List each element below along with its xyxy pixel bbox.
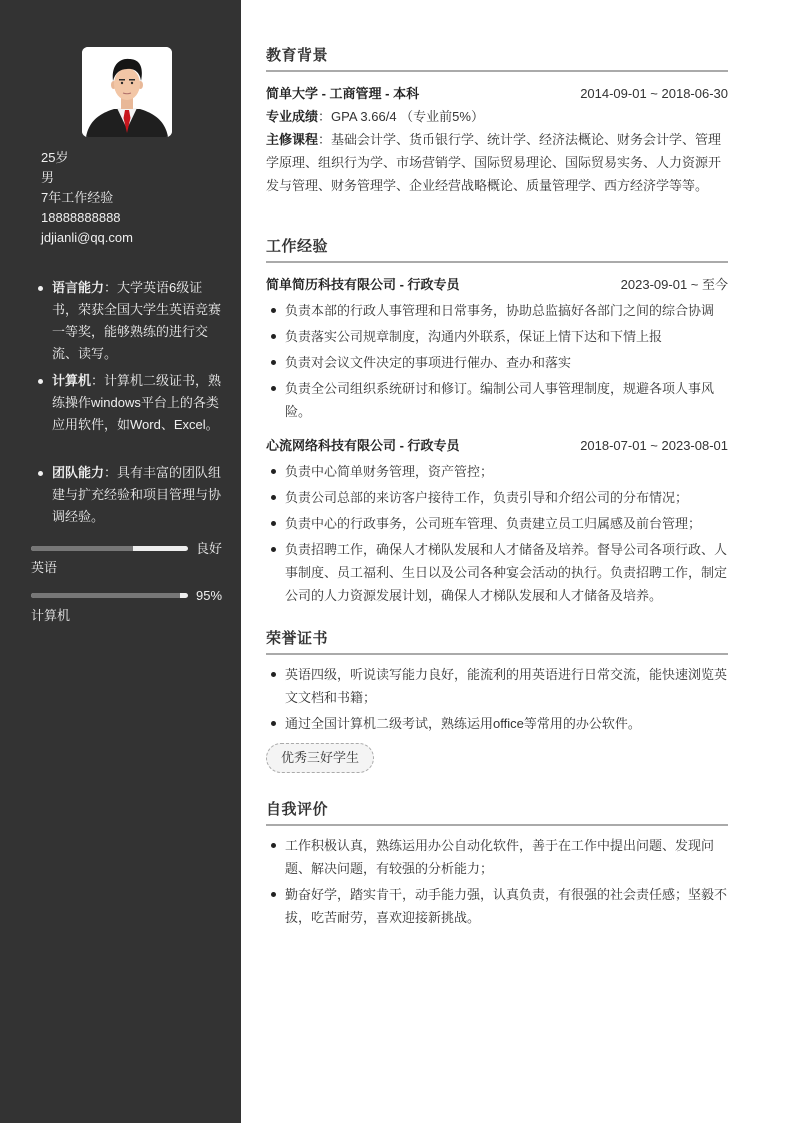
education-row: 简单大学 - 工商管理 - 本科 2014-09-01 ~ 2018-06-30	[266, 82, 728, 105]
skill-bar-computer	[31, 593, 188, 598]
skill-bar-value: 95%	[196, 586, 222, 606]
list-item-text: 负责落实公司规章制度，沟通内外联系，保证上情下达和下情上报	[285, 329, 662, 344]
list-item-text: 工作积极认真，熟练运用办公自动化软件，善于在工作中提出问题、发现问题、解决问题，…	[285, 838, 714, 876]
honor-list: 英语四级，听说读写能力良好，能流利的用英语进行日常交流，能快速浏览英文文档和书籍…	[266, 663, 728, 735]
section-self-evaluation: 自我评价 工作积极认真，熟练运用办公自动化软件，善于在工作中提出问题、发现问题、…	[266, 799, 728, 929]
personal-info: 25岁 男 7年工作经验 18888888888 jdjianli@qq.com	[41, 148, 133, 248]
list-item: 负责全公司组织系统研讨和修订。编制公司人事管理制度，规避各项人事风险。	[285, 377, 728, 423]
section-education: 教育背景 简单大学 - 工商管理 - 本科 2014-09-01 ~ 2018-…	[266, 45, 728, 197]
list-item: 勤奋好学，踏实肯干，动手能力强，认真负责，有很强的社会责任感；坚毅不拔，吃苦耐劳…	[285, 883, 728, 929]
sidebar: 25岁 男 7年工作经验 18888888888 jdjianli@qq.com…	[0, 0, 241, 1123]
date-range: 2014-09-01 ~ 2018-06-30	[580, 82, 728, 105]
bullet-icon	[271, 495, 276, 500]
section-work: 工作经验 简单简历科技有限公司 - 行政专员 2023-09-01 ~ 至今 负…	[266, 236, 728, 607]
bullet-icon	[271, 521, 276, 526]
phone: 18888888888	[41, 208, 133, 228]
list-item: 负责中心简单财务管理，资产管控；	[285, 460, 728, 483]
email: jdjianli@qq.com	[41, 228, 133, 248]
skill-bar-fill	[31, 593, 180, 598]
age: 25岁	[41, 148, 133, 168]
bullet-icon	[38, 379, 43, 384]
list-item: 负责对会议文件决定的事项进行催办、查办和落实	[285, 351, 728, 374]
job-header: 心流网络科技有限公司 - 行政专员 2018-07-01 ~ 2023-08-0…	[266, 434, 728, 457]
skill-item: 语言能力：大学英语6级证书，荣获全国大学生英语竞赛一等奖，能够熟练的进行交流、读…	[52, 277, 224, 365]
gpa: 专业成绩：GPA 3.66/4 （专业前5%）	[266, 105, 728, 128]
list-item: 负责中心的行政事务，公司班车管理、负责建立员工归属感及前台管理；	[285, 512, 728, 535]
skill-bar-value: 良好	[196, 539, 222, 559]
list-item-text: 英语四级，听说读写能力良好，能流利的用英语进行日常交流，能快速浏览英文文档和书籍…	[285, 667, 727, 705]
skill-bar-english	[31, 546, 188, 551]
section-title: 自我评价	[266, 799, 728, 826]
self-eval-list: 工作积极认真，熟练运用办公自动化软件，善于在工作中提出问题、发现问题、解决问题，…	[266, 834, 728, 929]
bullet-icon	[271, 843, 276, 848]
skill-bar-label: 英语	[31, 558, 57, 578]
list-item: 负责公司总部的来访客户接待工作，负责引导和介绍公司的分布情况；	[285, 486, 728, 509]
gpa-label: 专业成绩	[266, 109, 318, 124]
bullet-icon	[271, 672, 276, 677]
list-item-text: 负责全公司组织系统研讨和修订。编制公司人事管理制度，规避各项人事风险。	[285, 381, 714, 419]
gender: 男	[41, 168, 133, 188]
gpa-value: ：GPA 3.66/4 （专业前5%）	[318, 109, 484, 124]
bullet-icon	[271, 386, 276, 391]
bullet-icon	[38, 286, 43, 291]
avatar	[82, 47, 172, 137]
skill-title: 计算机	[52, 373, 91, 388]
company-role: 心流网络科技有限公司 - 行政专员	[266, 434, 460, 457]
skill-item: 计算机：计算机二级证书，熟练操作windows平台上的各类应用软件，如Word、…	[52, 370, 224, 436]
skill-item: 团队能力：具有丰富的团队组建与扩充经验和项目管理与协调经验。	[52, 462, 224, 528]
bullet-icon	[271, 721, 276, 726]
list-item-text: 负责招聘工作，确保人才梯队发展和人才储备及培养。督导公司各项行政、人事制度、员工…	[285, 542, 727, 603]
list-item-text: 勤奋好学，踏实肯干，动手能力强，认真负责，有很强的社会责任感；坚毅不拔，吃苦耐劳…	[285, 887, 727, 925]
skill-title: 团队能力	[52, 465, 104, 480]
bullet-icon	[271, 360, 276, 365]
list-item-text: 通过全国计算机二级考试，熟练运用office等常用的办公软件。	[285, 716, 641, 731]
work-experience-years: 7年工作经验	[41, 188, 133, 208]
list-item-text: 负责中心简单财务管理，资产管控；	[285, 464, 493, 479]
duty-list: 负责本部的行政人事管理和日常事务，协助总监搞好各部门之间的综合协调 负责落实公司…	[266, 299, 728, 423]
bullet-icon	[271, 892, 276, 897]
honor-tag: 优秀三好学生	[266, 743, 374, 773]
courses-value: ：基础会计学、货币银行学、统计学、经济法概论、财务会计学、管理学原理、组织行为学…	[266, 132, 721, 193]
job-header: 简单简历科技有限公司 - 行政专员 2023-09-01 ~ 至今	[266, 273, 728, 296]
list-item-text: 负责本部的行政人事管理和日常事务，协助总监搞好各部门之间的综合协调	[285, 303, 714, 318]
section-title: 荣誉证书	[266, 628, 728, 655]
school-degree: 简单大学 - 工商管理 - 本科	[266, 82, 419, 105]
list-item: 工作积极认真，熟练运用办公自动化软件，善于在工作中提出问题、发现问题、解决问题，…	[285, 834, 728, 880]
list-item: 负责落实公司规章制度，沟通内外联系，保证上情下达和下情上报	[285, 325, 728, 348]
bullet-icon	[271, 547, 276, 552]
duty-list: 负责中心简单财务管理，资产管控； 负责公司总部的来访客户接待工作，负责引导和介绍…	[266, 460, 728, 607]
skills-list: 语言能力：大学英语6级证书，荣获全国大学生英语竞赛一等奖，能够熟练的进行交流、读…	[52, 277, 224, 528]
courses-label: 主修课程	[266, 132, 318, 147]
avatar-portrait-icon	[82, 47, 172, 137]
courses: 主修课程：基础会计学、货币银行学、统计学、经济法概论、财务会计学、管理学原理、组…	[266, 128, 728, 197]
list-item: 通过全国计算机二级考试，熟练运用office等常用的办公软件。	[285, 712, 728, 735]
bullet-icon	[38, 471, 43, 476]
resume-page: 25岁 男 7年工作经验 18888888888 jdjianli@qq.com…	[0, 0, 794, 1123]
section-honors: 荣誉证书 英语四级，听说读写能力良好，能流利的用英语进行日常交流，能快速浏览英文…	[266, 628, 728, 773]
list-item-text: 负责对会议文件决定的事项进行催办、查办和落实	[285, 355, 571, 370]
list-item: 负责招聘工作，确保人才梯队发展和人才储备及培养。督导公司各项行政、人事制度、员工…	[285, 538, 728, 607]
section-title: 教育背景	[266, 45, 728, 72]
list-item-text: 负责中心的行政事务，公司班车管理、负责建立员工归属感及前台管理；	[285, 516, 701, 531]
skill-bar-label: 计算机	[31, 606, 70, 626]
list-item: 负责本部的行政人事管理和日常事务，协助总监搞好各部门之间的综合协调	[285, 299, 728, 322]
bullet-icon	[271, 308, 276, 313]
list-item: 英语四级，听说读写能力良好，能流利的用英语进行日常交流，能快速浏览英文文档和书籍…	[285, 663, 728, 709]
job-entry: 简单简历科技有限公司 - 行政专员 2023-09-01 ~ 至今 负责本部的行…	[266, 273, 728, 423]
list-item-text: 负责公司总部的来访客户接待工作，负责引导和介绍公司的分布情况；	[285, 490, 688, 505]
date-range: 2023-09-01 ~ 至今	[621, 273, 728, 296]
bullet-icon	[271, 334, 276, 339]
skill-title: 语言能力	[52, 280, 104, 295]
bullet-icon	[271, 469, 276, 474]
section-title: 工作经验	[266, 236, 728, 263]
skill-bar-fill	[31, 546, 133, 551]
company-role: 简单简历科技有限公司 - 行政专员	[266, 273, 460, 296]
date-range: 2018-07-01 ~ 2023-08-01	[580, 434, 728, 457]
job-entry: 心流网络科技有限公司 - 行政专员 2018-07-01 ~ 2023-08-0…	[266, 434, 728, 607]
